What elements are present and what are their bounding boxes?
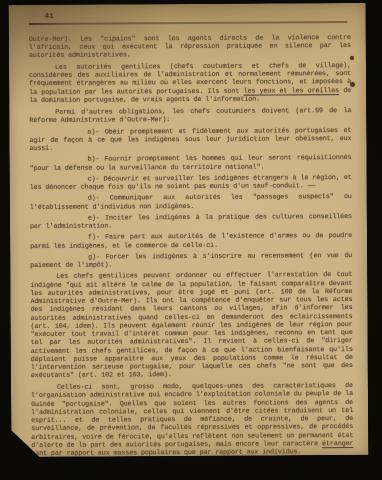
paragraph-chiefs-powers: Les chefs gentilices peuvent ordonner ou… xyxy=(30,271,353,380)
item-label: c)- xyxy=(88,175,100,183)
item-text: Faire part aux autorités de l'existence … xyxy=(30,232,352,250)
item-label: b)- xyxy=(88,156,100,164)
paragraph-obligations-intro: Parmi d'autres obligations, les chefs co… xyxy=(29,107,351,125)
ink-speck xyxy=(350,82,355,87)
page-content: 41 Outre-Mer). Les "cipaios" sont les ag… xyxy=(29,11,354,462)
paragraph-text: tant par rapport aux masses populaires q… xyxy=(31,448,301,458)
item-text: Communiquer aux autorités les "passages … xyxy=(30,193,352,211)
paragraph-text: Celles-ci sont, grosso modo, quelques-un… xyxy=(31,382,353,450)
obligation-item-a: a)- Obéir promptement et fidèlement aux … xyxy=(29,127,351,154)
paragraph-conclusion: Celles-ci sont, grosso modo, quelques-un… xyxy=(31,382,353,458)
underlined-word-etranger: étranger xyxy=(322,440,353,448)
paragraph-gentile-authorities: Les autorités gentilices (chefs coutumie… xyxy=(29,62,351,105)
obligation-item-f: f)- Faire part aux autorités de l'existe… xyxy=(30,232,352,250)
item-text: Obéir promptement et fidèlement aux auto… xyxy=(29,127,351,153)
document-paper: 41 Outre-Mer). Les "cipaios" sont les ag… xyxy=(9,3,369,457)
obligation-item-b: b)- Fournir promptement les hommes qui l… xyxy=(30,154,352,172)
header-rule xyxy=(29,21,348,24)
obligation-item-g: g)- Forcer les indigènes à s'inscrire au… xyxy=(30,252,352,270)
item-label: f)- xyxy=(88,234,100,242)
item-label: d)- xyxy=(88,195,100,203)
item-text: Découvrir et surveiller les indigènes ét… xyxy=(30,174,352,192)
obligation-item-e: e)- Inciter les indigènes à la pratique … xyxy=(30,213,352,231)
item-text: Fournir promptement les hommes qui leur … xyxy=(30,154,352,172)
document-body: Outre-Mer). Les "cipaios" sont les agent… xyxy=(29,34,354,459)
scanner-background: 41 Outre-Mer). Les "cipaios" sont les ag… xyxy=(0,0,382,480)
paragraph-cipaios: Outre-Mer). Les "cipaios" sont les agent… xyxy=(29,34,351,61)
ink-speck xyxy=(350,56,354,60)
item-text: Inciter les indigènes à la pratique des … xyxy=(30,213,352,231)
page-number: 41 xyxy=(45,11,351,21)
item-label: a)- xyxy=(87,128,99,136)
item-text: Forcer les indigènes à s'inscrire au rec… xyxy=(30,252,352,270)
underlined-phrase-eyes-ears: les yeux et les oreilles xyxy=(244,87,340,96)
obligation-item-c: c)- Découvrir et surveiller les indigène… xyxy=(30,174,352,192)
item-label: g)- xyxy=(88,253,100,261)
obligation-item-d: d)- Communiquer aux autorités les "passa… xyxy=(30,193,352,211)
item-label: e)- xyxy=(88,214,100,222)
